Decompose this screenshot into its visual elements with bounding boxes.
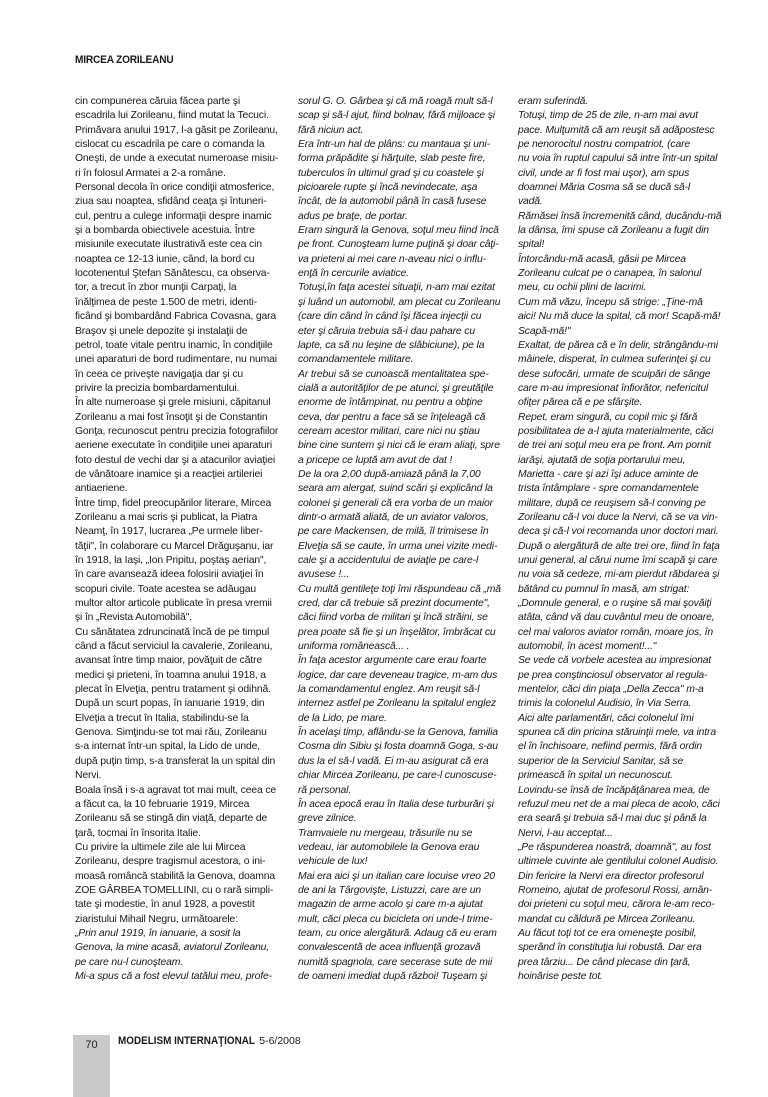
- column-left: cin compunerea căruia făcea parte şiesca…: [75, 95, 290, 984]
- text-line: Genova, la mine acasă, aviatorul Zorilea…: [75, 941, 290, 955]
- text-line: de la Lido, pe mare.: [298, 712, 516, 726]
- text-line: medici şi prieteni, în toamna anului 191…: [75, 669, 290, 683]
- text-line: Era într-un hal de plâns: cu mantaua şi …: [298, 138, 516, 152]
- text-line: şi a bombarda obiectivele acestuia. Într…: [75, 224, 290, 238]
- text-line: Au făcut toţi tot ce era omeneşte posibi…: [518, 927, 740, 941]
- text-line: spital!: [518, 238, 740, 252]
- text-line: încât, de la automobil până în casă fuse…: [298, 195, 516, 209]
- text-line: Totuşi, timp de 25 de zile, n-am mai avu…: [518, 109, 740, 123]
- text-line: după puţin timp, s-a transferat la un sp…: [75, 755, 290, 769]
- text-line: numită spagnola, care secerase sute de m…: [298, 956, 516, 970]
- text-line: uniforma românească... .: [298, 640, 516, 654]
- text-line: bine cine suntem şi nici că le eram alia…: [298, 439, 516, 453]
- text-line: prea poate să fie şi un înşelător, îmbră…: [298, 626, 516, 640]
- text-line: pe care nu-l cunoşteam.: [75, 956, 290, 970]
- text-line: Lovindu-se însă de încăpăţânarea mea, de: [518, 784, 740, 798]
- text-line: vedeau, iar automobilele la Genova erau: [298, 841, 516, 855]
- text-line: tăţii", în colaborare cu Marcel Drăguşan…: [75, 540, 290, 554]
- text-line: fără niciun act.: [298, 124, 516, 138]
- magazine-title: MODELISM INTERNAŢIONAL: [118, 1035, 255, 1047]
- text-line: Cu privire la ultimele zile ale lui Mirc…: [75, 841, 290, 855]
- text-line: şi luând un automobil, am plecat cu Zori…: [298, 296, 516, 310]
- text-line: avusese !...: [298, 568, 516, 582]
- text-line: de trei ani soţul meu era pe front. Am p…: [518, 439, 740, 453]
- text-line: deca şi că-l voi recomanda unor doctori …: [518, 525, 740, 539]
- text-line: Elveţia a trecut în Italia, stabilindu-s…: [75, 712, 290, 726]
- text-line: nu voia să cedeze, mi-am pierdut răbdare…: [518, 568, 740, 582]
- text-line: mâinele, disperat, în culmea suferinţei …: [518, 353, 740, 367]
- text-line: mentelor, căci din piaţa „Della Zecca" m…: [518, 683, 740, 697]
- text-line: moasă româncă stabilită la Genova, doamn…: [75, 870, 290, 884]
- text-line: enţă în cercurile aviatice.: [298, 267, 516, 281]
- text-line: Oneşti, de unde a executat numeroase mis…: [75, 152, 290, 166]
- text-line: Cu sănătatea zdruncinată încă de pe timp…: [75, 626, 290, 640]
- text-line: „Prin anul 1919, în ianuarie, a sosit la: [75, 927, 290, 941]
- text-line: ră personal.: [298, 784, 516, 798]
- text-line: meu, cu ochii plini de lacrimi.: [518, 281, 740, 295]
- text-line: scopuri civile. Toate acestea se adăugau: [75, 583, 290, 597]
- text-line: care m-au impresionat înfiorător, neferi…: [518, 382, 740, 396]
- column-left-body: cin compunerea căruia făcea parte şiesca…: [75, 95, 290, 927]
- text-line: Exaltat, de părea că e în delir, strângâ…: [518, 339, 740, 353]
- text-line: convalescentă de acea influenţă grozavă: [298, 941, 516, 955]
- text-line: în care avansează ideea folosirii aviaţi…: [75, 568, 290, 582]
- text-line: militare, după ce reuşisem să-l conving …: [518, 497, 740, 511]
- text-line: trimis la colonelul Audisio, în Via Serr…: [518, 697, 740, 711]
- text-line: foto destul de vechi dar şi a atacurilor…: [75, 454, 290, 468]
- text-line: Scapă-mă!": [518, 325, 740, 339]
- text-line: în ceea ce priveşte navigaţia dar şi cu: [75, 368, 290, 382]
- text-line: Aici alte parlamentări, căci colonelul î…: [518, 712, 740, 726]
- text-line: hoinărise peste tot.: [518, 970, 740, 984]
- text-line: logice, dar care deveneau tragice, m-am …: [298, 669, 516, 683]
- page-number-box: 70: [73, 1035, 110, 1097]
- text-line: cislocat cu escadrila pe care o comanda …: [75, 138, 290, 152]
- text-line: iarăşi, ajutată de soţia portarului meu,: [518, 454, 740, 468]
- text-line: locotenentul Ştefan Sănătescu, ca observ…: [75, 267, 290, 281]
- text-line: la dânsa, îmi spuse că Zorileanu a fugit…: [518, 224, 740, 238]
- text-line: era seară şi trebuia să-l mai duc şi pân…: [518, 812, 740, 826]
- text-line: cel mai valoros aviator român, moare jos…: [518, 626, 740, 640]
- text-line: „Pe răspunderea noastră, doamnă", au fos…: [518, 841, 740, 855]
- text-line: cin compunerea căruia făcea parte şi: [75, 95, 290, 109]
- text-line: bătând cu pumnul în masă, am strigat:: [518, 583, 740, 597]
- text-line: În faţa acestor argumente care erau foar…: [298, 654, 516, 668]
- text-line: trista întâmplare - spre comandamentele: [518, 482, 740, 496]
- text-line: spunea că din pricina stăruinţii mele, v…: [518, 726, 740, 740]
- text-line: Se vede că vorbele acestea au impresiona…: [518, 654, 740, 668]
- text-line: avansat între timp maior, povăţuit de că…: [75, 654, 290, 668]
- text-line: lapte, ca să nu leşine de slăbiciune), p…: [298, 339, 516, 353]
- text-line: civil, unde ar fi fost mai uşor), am spu…: [518, 167, 740, 181]
- text-line: ri în folosul Armatei a 2-a române.: [75, 167, 290, 181]
- text-line: escadrila lui Zorileanu, fiind mutat la …: [75, 109, 290, 123]
- text-line: va prieteni ai mei care n-aveau nici o i…: [298, 253, 516, 267]
- text-line: cială a autorităţilor de pe atunci, şi g…: [298, 382, 516, 396]
- text-line: După un scurt popas, în ianuarie 1919, d…: [75, 697, 290, 711]
- issue-number: 5-6/2008: [259, 1035, 300, 1047]
- text-line: vadă.: [518, 195, 740, 209]
- text-line: ceva, dar pentru a face să se înţeleagă …: [298, 411, 516, 425]
- text-line: la comandamentul englez. Am reuşit să-l: [298, 683, 516, 697]
- text-line: enorme de întâmpinat, nu pentru a obţine: [298, 396, 516, 410]
- text-line: Primăvara anului 1917, l-a găsit pe Zori…: [75, 124, 290, 138]
- text-line: doi prieteni cu soţul meu, cărora le-am …: [518, 898, 740, 912]
- text-line: Boala însă i s-a agravat tot mai mult, c…: [75, 784, 290, 798]
- text-line: multor altor articole publicate în presa…: [75, 597, 290, 611]
- text-line: Din fericire la Nervi era director profe…: [518, 870, 740, 884]
- text-line: Mai era aici şi un italian care locuise …: [298, 870, 516, 884]
- text-line: ofiţer părea că e pe sfârşite.: [518, 396, 740, 410]
- text-line: căci fiind vorba de militari şi încă str…: [298, 611, 516, 625]
- text-line: Gonţa, recunoscut pentru precizia fotogr…: [75, 425, 290, 439]
- text-line: privire la precizia bombardamentului.: [75, 382, 290, 396]
- text-line: Ar trebui să se cunoască mentalitatea sp…: [298, 368, 516, 382]
- text-line: În acea epocă erau în Italia dese turbur…: [298, 798, 516, 812]
- text-line: noaptea ce 12-13 iunie, când, la bord cu: [75, 253, 290, 267]
- text-line: team, cu orice alergătură. Adaug că eu e…: [298, 927, 516, 941]
- text-line: prea târziu... De când plecase din ţară,: [518, 956, 740, 970]
- column-left-quote: „Prin anul 1919, în ianuarie, a sosit la…: [75, 927, 290, 984]
- text-line: eram suferindă.: [518, 95, 740, 109]
- text-line: Rămăsei însă încremenită când, ducându-m…: [518, 210, 740, 224]
- text-line: de ani la Târgovişte, Listuzzi, care are…: [298, 884, 516, 898]
- text-line: posibilitatea de a-l ajuta materialmente…: [518, 425, 740, 439]
- text-line: De la ora 2,00 după-amiază până la 7,00: [298, 468, 516, 482]
- text-line: (care din când în când îşi făcea injecţi…: [298, 310, 516, 324]
- text-line: Marietta - care şi azi îşi aduce aminte …: [518, 468, 740, 482]
- text-line: sorul G. O. Gârbea şi că mă roagă mult s…: [298, 95, 516, 109]
- text-line: Zorileanu, despre tragismul acestora, o …: [75, 855, 290, 869]
- text-line: Genova. Simţindu-se tot mai rău, Zorilea…: [75, 726, 290, 740]
- text-line: nu voia în ruptul capului să intre într-…: [518, 152, 740, 166]
- text-line: petrol, toate vitale pentru inamic, în c…: [75, 339, 290, 353]
- column-middle: sorul G. O. Gârbea şi că mă roagă mult s…: [298, 95, 516, 984]
- text-line: Elveţia să se caute, în urma unei vizite…: [298, 540, 516, 554]
- text-line: şi în „Revista Automobilă".: [75, 611, 290, 625]
- text-line: Zorileanu a mai fost însoţit şi de Const…: [75, 411, 290, 425]
- text-line: înălţimea de peste 1.500 de metri, ident…: [75, 296, 290, 310]
- text-line: Zorileanu că-l voi duce la Nervi, că se …: [518, 511, 740, 525]
- text-line: de vânătoare inamice şi a reacţiei artil…: [75, 468, 290, 482]
- text-line: pe prea conştinciosul observator al regu…: [518, 669, 740, 683]
- text-line: Cu multă gentileţe toţi îmi răspundeau c…: [298, 583, 516, 597]
- text-line: cale şi a accidentului de aviaţie pe car…: [298, 554, 516, 568]
- text-line: colonei şi generali că era vorba de un m…: [298, 497, 516, 511]
- text-line: pace. Mulţumită că am reuşit să adăposte…: [518, 124, 740, 138]
- text-line: ficând şi bombardând Fabrica Covasna, ga…: [75, 310, 290, 324]
- text-line: a făcut ca, la 10 februarie 1919, Mircea: [75, 798, 290, 812]
- text-line: aici! Nu mă duce la spital, că mor! Scap…: [518, 310, 740, 324]
- text-line: de oameni imediat după război! Tuşeam şi: [298, 970, 516, 984]
- text-line: unui general, al cărui nume îmi scapă şi…: [518, 554, 740, 568]
- text-line: primească în spital un necunoscut.: [518, 769, 740, 783]
- text-line: doamnei Măria Cosma să se ducă să-l: [518, 181, 740, 195]
- text-line: pe care Mackensen, de milă, îl trimisese…: [298, 525, 516, 539]
- text-line: tuberculos în ultimul grad şi cu coastel…: [298, 167, 516, 181]
- text-line: vehicule de lux!: [298, 855, 516, 869]
- page-number: 70: [73, 1039, 110, 1051]
- text-line: sperând în constituţia lui robustă. Dar …: [518, 941, 740, 955]
- text-line: a pricepe ce luptă am avut de dat !: [298, 454, 516, 468]
- text-line: atâta, când vă dau cuvântul meu de onoar…: [518, 611, 740, 625]
- footer: MODELISM INTERNAŢIONAL 5-6/2008: [118, 1035, 301, 1047]
- text-line: ZOE GÂRBEA TOMELLINI, cu o rară simpli-: [75, 884, 290, 898]
- text-line: cred, dar că trebuie să prezint document…: [298, 597, 516, 611]
- text-line: automobil, în acest moment!...": [518, 640, 740, 654]
- text-line: Zorileanu culcat pe o canapea, în salonu…: [518, 267, 740, 281]
- text-line: eter şi căruia trebuia să-i dau pahare c…: [298, 325, 516, 339]
- text-line: pe nenorocitul nostru compatriot, (care: [518, 138, 740, 152]
- text-line: s-a internat într-un spital, la Lido de …: [75, 740, 290, 754]
- text-line: Tramvaiele nu mergeau, trăsurile nu se: [298, 827, 516, 841]
- text-line: adus pe braţe, de portar.: [298, 210, 516, 224]
- text-line: mandat cu căldură pe Mircea Zorileanu.: [518, 913, 740, 927]
- text-line: dus la el să-l vadă. Ei m-au asigurat că…: [298, 755, 516, 769]
- text-line: picioarele rupte şi încă nevindecate, aş…: [298, 181, 516, 195]
- text-line: antiaeriene.: [75, 482, 290, 496]
- text-line: Zorileanu a mai scris şi publicat, la Pi…: [75, 511, 290, 525]
- text-line: În acelaşi timp, aflându-se la Genova, f…: [298, 726, 516, 740]
- text-line: seara am alergat, suind scări şi explicâ…: [298, 482, 516, 496]
- text-line: în 1918, la Iaşi, „Ion Pripitu, poştaş a…: [75, 554, 290, 568]
- text-line: plecat în Elveţia, pentru tratament şi o…: [75, 683, 290, 697]
- text-line: chiar Mircea Zorileanu, pe care-l cunosc…: [298, 769, 516, 783]
- text-line: tor, a trecut în zbor munţii Carpaţi, la: [75, 281, 290, 295]
- text-line: Nervi, l-au acceptat...: [518, 827, 740, 841]
- text-line: scap şi să-l ajut, fiind bolnav, fără mi…: [298, 109, 516, 123]
- text-line: „Domnule general, e o ruşine să mai şovă…: [518, 597, 740, 611]
- text-line: Eram singură la Genova, soţul meu fiind …: [298, 224, 516, 238]
- text-line: greve zilnice.: [298, 812, 516, 826]
- text-line: aeriene executate în condiţiile unei apa…: [75, 439, 290, 453]
- text-line: pe front. Cunoşteam lume puţină şi doar …: [298, 238, 516, 252]
- running-head: MIRCEA ZORILEANU: [75, 54, 173, 66]
- text-line: ceream acestor militari, care nici nu şt…: [298, 425, 516, 439]
- text-line: Braşov şi unele depozite şi instalaţii d…: [75, 325, 290, 339]
- text-line: dese sufocări, urmate de scuipări de sân…: [518, 368, 740, 382]
- text-line: Cosma din Sibiu şi fosta doamnă Goga, s-…: [298, 740, 516, 754]
- text-line: tate şi modestie, în anul 1928, a povest…: [75, 898, 290, 912]
- text-line: el în închisoare, nefiind permis, fără o…: [518, 740, 740, 754]
- text-line: dintr-o armată aliată, de un aviator val…: [298, 511, 516, 525]
- text-line: misiunile executate ilustrativă este cea…: [75, 238, 290, 252]
- text-line: unei aparaturi de bord rudimentare, nu n…: [75, 353, 290, 367]
- text-line: superior de la Serviciul Sanitar, să se: [518, 755, 740, 769]
- text-line: refuzul meu net de a mai pleca de acolo,…: [518, 798, 740, 812]
- text-line: Neamţ, în 1917, lucrarea „Pe urmele libe…: [75, 525, 290, 539]
- text-line: ultimele cuvinte ale gentilului colonel …: [518, 855, 740, 869]
- text-line: ţară, tocmai în însorita Italie.: [75, 827, 290, 841]
- text-line: Romeino, ajutat de profesorul Rossi, amâ…: [518, 884, 740, 898]
- text-line: cul, pentru a culege informaţii despre i…: [75, 210, 290, 224]
- text-line: Zorileanu să se stingă din viaţă, depart…: [75, 812, 290, 826]
- text-line: Repet, eram singură, cu copil mic şi făr…: [518, 411, 740, 425]
- text-line: Nervi.: [75, 769, 290, 783]
- text-line: Între timp, fidel preocupărilor literare…: [75, 497, 290, 511]
- text-line: În alte numeroase şi grele misiuni, căpi…: [75, 396, 290, 410]
- text-line: când a făcut serviciul la cavalerie, Zor…: [75, 640, 290, 654]
- text-line: magazin de arme acolo şi care m-a ajutat: [298, 898, 516, 912]
- text-line: mult, căci pleca cu bicicleta ori unde-l…: [298, 913, 516, 927]
- text-line: Personal decola în orice condiţii atmosf…: [75, 181, 290, 195]
- text-line: Totuşi,în faţa acestei situaţii, n-am ma…: [298, 281, 516, 295]
- text-line: Mi-a spus că a fost elevul tatălui meu, …: [75, 970, 290, 984]
- text-line: comandamentele militare.: [298, 353, 516, 367]
- column-right: eram suferindă.Totuşi, timp de 25 de zil…: [518, 95, 740, 984]
- text-line: Cum mă văzu, începu să strige: „Ţine-mă: [518, 296, 740, 310]
- text-line: După o alergătură de alte trei ore, fiin…: [518, 540, 740, 554]
- text-line: forma prăpădite şi hărţuite, slab peste …: [298, 152, 516, 166]
- text-line: ziaristului Mihail Negru, următoarele:: [75, 913, 290, 927]
- text-line: Întorcându-mă acasă, găsii pe Mircea: [518, 253, 740, 267]
- text-line: internez astfel pe Zorileanu la spitalul…: [298, 697, 516, 711]
- text-line: ziua sau noaptea, sfidând ceaţa şi întun…: [75, 195, 290, 209]
